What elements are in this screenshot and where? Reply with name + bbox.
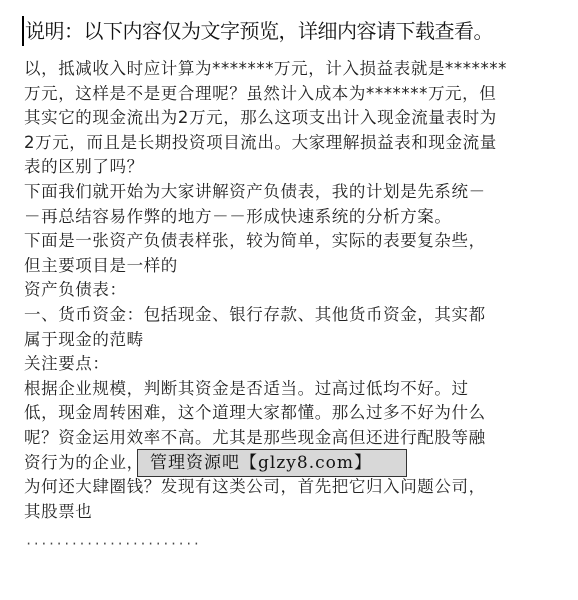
text-line: 根据企业规模，判断其资金是否适当。过高过低均不好。过 [24,377,554,402]
text-line: 万元，这样是不是更合理呢？虽然计入成本为*******万元，但 [24,82,554,107]
watermark-banner: 管理资源吧【glzy8.com】 [137,449,407,477]
text-line: 一、货币资金：包括现金、银行存款、其他货币资金，其实都 [24,303,554,328]
text-line: 属于现金的范畴 [24,328,554,353]
text-line: 2万元，而且是长期投资项目流出。大家理解损益表和现金流量 [24,131,554,156]
text-line: 其股票也 [24,500,554,525]
text-line: 但主要项目是一样的 [24,254,554,279]
text-line: 为何还大肆圈钱？发现有这类公司，首先把它归入问题公司， [24,475,554,500]
text-line: 以，抵减收入时应计算为*******万元，计入损益表就是******* [24,57,554,82]
text-line: 低，现金周转困难，这个道理大家都懂。那么过多不好为什么 [24,401,554,426]
preview-notice: 说明：以下内容仅为文字预览，详细内容请下载查看。 [22,16,493,46]
section-heading: 资产负债表： [24,278,554,303]
truncation-dots: ······················· [25,537,200,551]
text-line: 下面是一张资产负债表样张，较为简单，实际的表要复杂些， [24,229,554,254]
text-line: 其实它的现金流出为2万元，那么这项支出计入现金流量表时为 [24,106,554,131]
text-line: 下面我们就开始为大家讲解资产负债表，我的计划是先系统－ [24,180,554,205]
text-line: 表的区别了吗？ [24,155,554,180]
text-line: 呢？资金运用效率不高。尤其是那些现金高但还进行配股等融 [24,426,554,451]
text-line: －再总结容易作弊的地方－－形成快速系统的分析方案。 [24,205,554,230]
section-heading: 关注要点： [24,352,554,377]
